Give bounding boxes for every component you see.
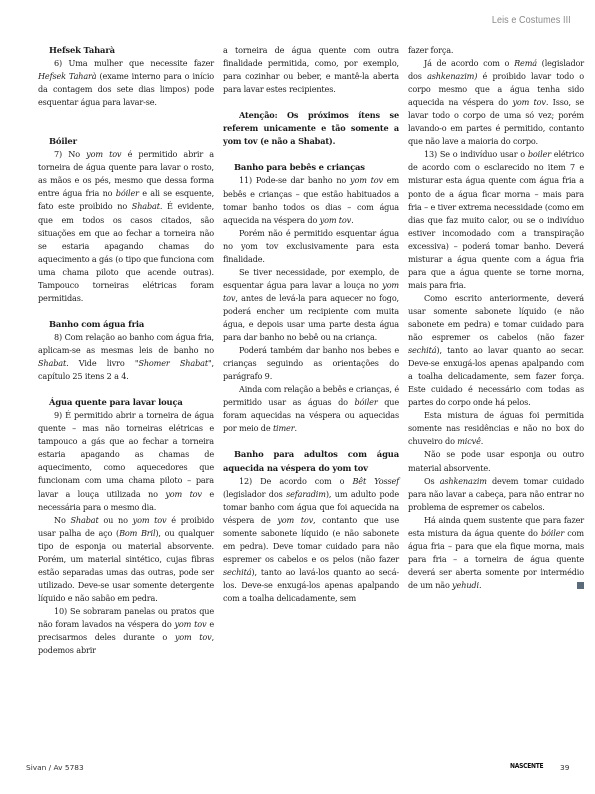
paragraph-9: 9) É permitido abrir a torneira de água … <box>38 409 214 513</box>
heading-banho-adultos: Banho para adultos com água aquecida na … <box>223 448 399 474</box>
paragraph-11c: Se tiver necessidade, por exemplo, de es… <box>223 266 399 344</box>
heading-agua-quente-louca: Água quente para lavar louça <box>38 396 214 409</box>
column-2: a torneira de água quente com outra fina… <box>223 44 399 605</box>
paragraph-9b: No Shabat ou no yom tov é proibido usar … <box>38 514 214 605</box>
paragraph-11e: Ainda com relação a bebês e crianças, é … <box>223 383 399 435</box>
article-body: Hefsek Taharà 6) Uma mulher que necessit… <box>38 44 582 744</box>
paragraph-13f: Há ainda quem sustente que para fazer es… <box>408 514 584 592</box>
paragraph-13b: Como escrito anteriormente, deverá usar … <box>408 292 584 409</box>
heading-hefsek-tahara: Hefsek Taharà <box>38 44 214 57</box>
paragraph-8: 8) Com relação ao banho com água fria, a… <box>38 331 214 383</box>
paragraph-13: 13) Se o indivíduo usar o boiler elétric… <box>408 148 584 292</box>
paragraph-10-continued: a torneira de água quente com outra fina… <box>223 44 399 96</box>
footer-issue-date: Sivan / Av 5783 <box>26 763 84 772</box>
paragraph-7: 7) No yom tov é permitido abrir a tornei… <box>38 148 214 305</box>
paragraph-11d: Poderá também dar banho nos bebes e cria… <box>223 344 399 383</box>
paragraph-12b: Já de acordo com o Remá (legislador dos … <box>408 57 584 148</box>
paragraph-11: 11) Pode-se dar banho no yom tov em bebê… <box>223 174 399 226</box>
column-3: fazer força. Já de acordo com o Remá (le… <box>408 44 584 592</box>
magazine-logo: NASCENTE <box>510 762 543 770</box>
paragraph-13d: Não se pode usar esponja ou outro materi… <box>408 448 584 474</box>
column-1: Hefsek Taharà 6) Uma mulher que necessit… <box>38 44 214 657</box>
heading-banho-bebes: Banho para bebês e crianças <box>223 161 399 174</box>
heading-boiler: Bóiler <box>38 135 214 148</box>
running-head: Leis e Costumes III <box>492 14 571 26</box>
paragraph-13c: Esta mistura de águas foi permitida some… <box>408 409 584 448</box>
heading-banho-agua-fria: Banho com água fria <box>38 318 214 331</box>
paragraph-12: 12) De acordo com o Bêt Yossef (legislad… <box>223 475 399 605</box>
attention-notice: Atenção: Os próximos ítens se referem un… <box>223 109 399 148</box>
paragraph-6: 6) Uma mulher que necessite fazer Hefsek… <box>38 57 214 109</box>
magazine-page: Leis e Costumes III Hefsek Taharà 6) Uma… <box>0 0 595 794</box>
end-of-article-square-icon <box>577 582 584 589</box>
paragraph-12-continued: fazer força. <box>408 44 584 57</box>
paragraph-13e: Os ashkenazim devem tomar cuidado para n… <box>408 475 584 514</box>
paragraph-10: 10) Se sobraram panelas ou pratos que nã… <box>38 605 214 657</box>
page-number: 39 <box>560 763 569 772</box>
paragraph-11b: Porém não é permitido esquentar água no … <box>223 227 399 266</box>
